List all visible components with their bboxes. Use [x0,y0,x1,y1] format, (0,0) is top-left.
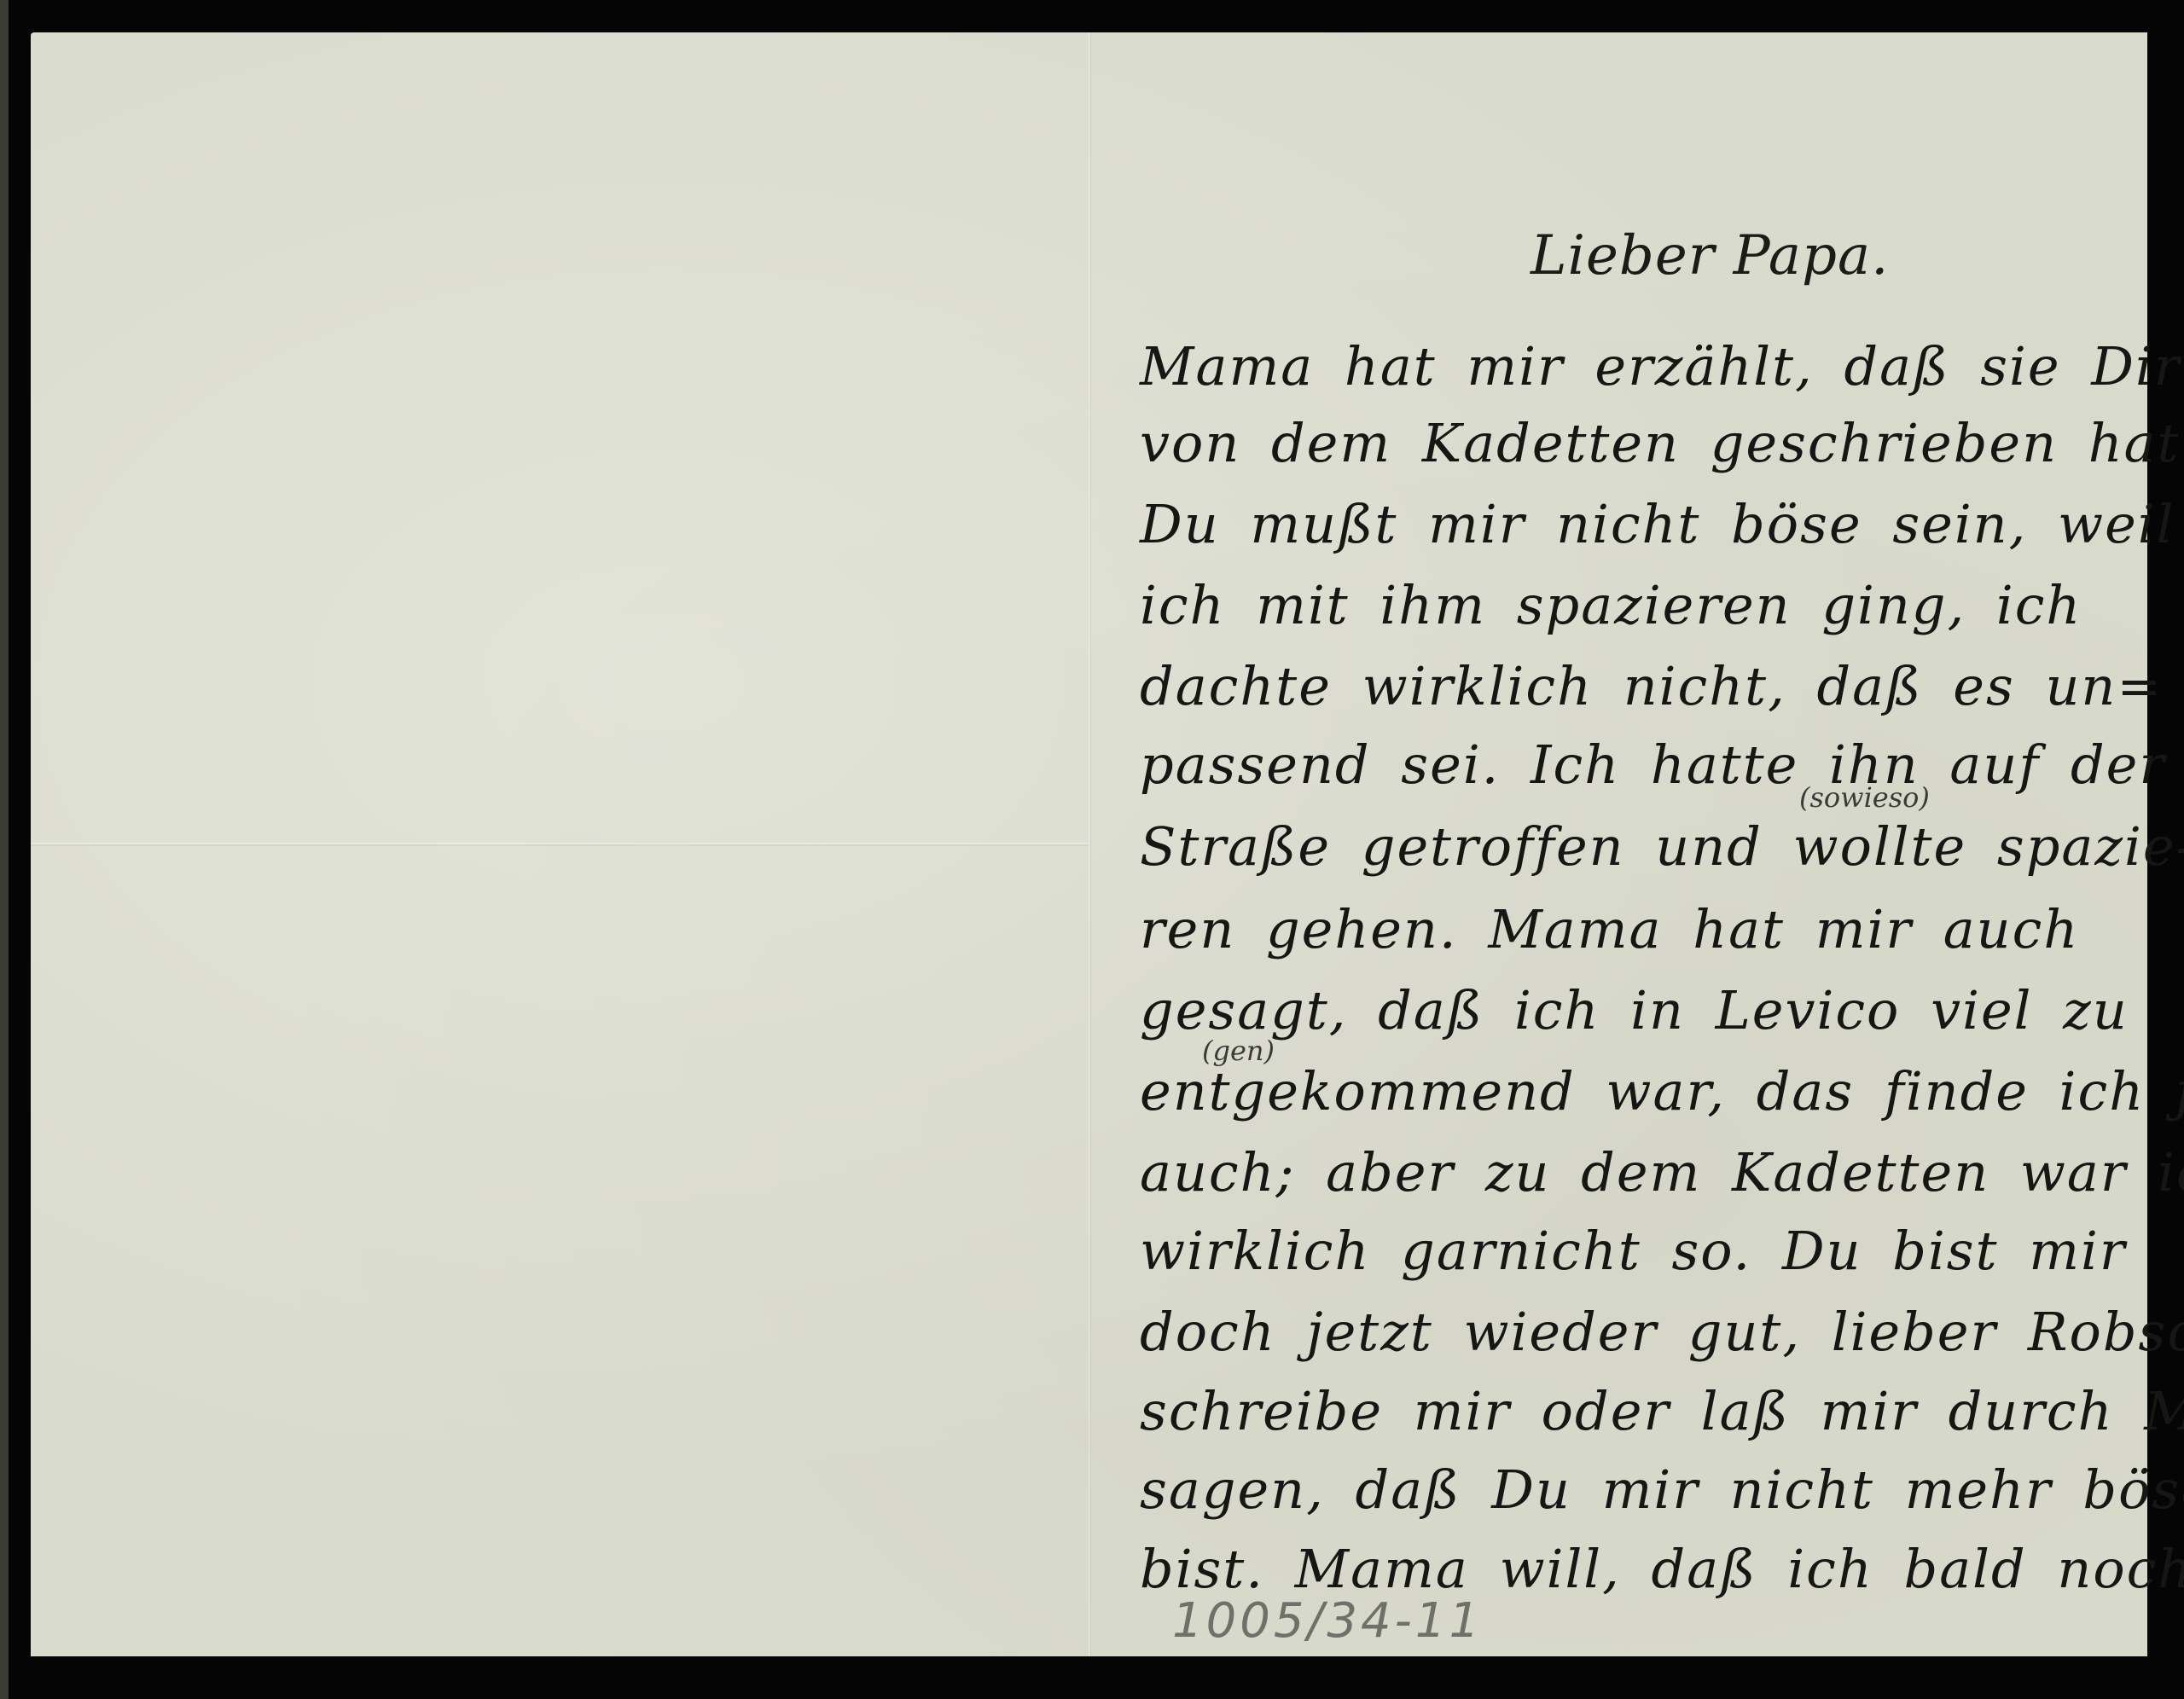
letter-line: sagen, daß Du mir nicht mehr böse [1140,1458,2146,1521]
bleed-through-line: ~~~~~~~~~~ ~~~~ ~~~~~ [107,1077,1012,1089]
letter-line: entgekommend war, das finde ich jetzt [1140,1060,2146,1122]
right-page-letter: Lieber Papa. Mama hat mir erzählt, daß s… [1091,32,2147,1656]
letter-line: wirklich garnicht so. Du bist mir [1140,1220,2146,1282]
letter-line: passend sei. Ich hatte ihn auf der [1140,734,2146,796]
bleed-through-line: ~~~~~~~~~ ~~~ ~~~~ ~~~~ [107,365,1012,377]
bleed-through-line: ~~~~~~ ~~~~~ ~~~~~ ~~~~~ [107,608,1012,620]
bleed-through-line: ~~~~~~~~ ~~~~ ~~~~ ~~~ [107,774,1012,786]
letter-line: dachte wirklich nicht, daß es un= [1140,655,2146,717]
letter-line: schreibe mir oder laß mir durch Mama [1140,1380,2146,1442]
scanner-edge-strip [0,0,9,1699]
bleed-through-line: ~~~~ ~~ ~~~~~~~~ ~~~~~ ~~ [107,996,1012,1008]
letter-sheet: ~~~~~ ~~~ ~~ ~~~~ ~~~ ~~~~ ~~~ ~~~~~~ ~~… [31,32,2147,1656]
bleed-through-line: ~~~ ~~~~ ~~~~ [201,1414,1106,1426]
bleed-through-line: ~~~~ ~~~~~~~ ~~~~ ~~~~ ~~ [107,446,1012,458]
horizontal-fold-crease [31,843,1089,846]
bleed-through-line: ~~~~~~~~~ ~~~~~~~~ ~~~~~ [107,527,1012,539]
letter-line: bist. Mama will, daß ich bald noch [1140,1538,2146,1600]
letter-line: doch jetzt wieder gut, lieber Robschi? B… [1140,1301,2146,1363]
salutation: Lieber Papa. [1531,224,1889,287]
archive-catalogue-number: 1005/34-11 [1172,1593,1483,1649]
letter-line: auch; aber zu dem Kadetten war ich [1140,1141,2146,1203]
bleed-through-line: ~~~~~~~~~~ ~~~~~~ ~~~~~ [107,924,1012,936]
letter-line: ich mit ihm spazieren ging, ich [1140,574,2146,636]
letter-line: Du mußt mir nicht böse sein, weil [1140,493,2146,555]
bleed-through-line: ~~~ ~~~~~~ ~~~~~~ ~~~~~ [107,284,1012,296]
letter-line: Mama hat mir erzählt, daß sie Dir [1140,335,2146,397]
bleed-through-line: ~~~~~~~~ ~~~ ~~~~~ ~~~~~ [107,1308,1012,1319]
letter-line: von dem Kadetten geschrieben hat. [1140,412,2146,474]
letter-line: ren gehen. Mama hat mir auch [1140,898,2146,960]
annotation-sowieso: (sowieso) [1799,781,1930,814]
letter-line: gesagt, daß ich in Levico viel zu [1140,979,2146,1041]
left-page-blank: ~~~~~ ~~~ ~~ ~~~~ ~~~ ~~~~ ~~~ ~~~~~~ ~~… [31,32,1089,1656]
letter-line: Straße getroffen und wollte spazie- [1140,815,2146,878]
bleed-through-line: ~~~~~ ~~~ ~~ ~~~~ ~~~ ~~~~ [107,199,1012,211]
